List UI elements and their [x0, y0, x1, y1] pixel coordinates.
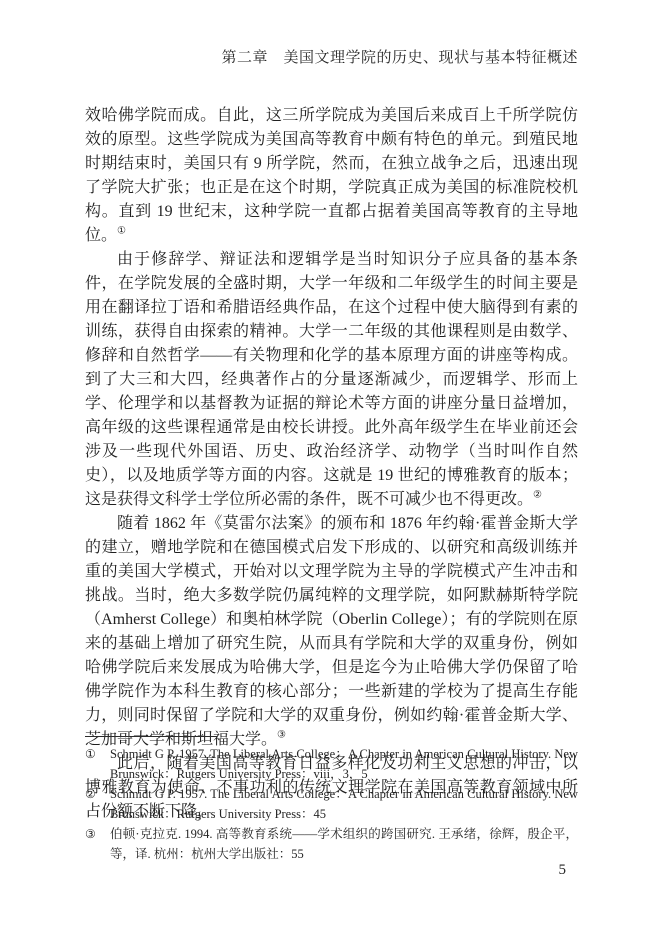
footnote-item: ③ 伯顿·克拉克. 1994. 高等教育系统——学术组织的跨国研究. 王承绪，徐…	[85, 824, 578, 864]
footnote-text: Schmidt G P. 1957. The Liberal Arts Coll…	[110, 744, 578, 784]
footnote-item: ② Schmidt G P. 1957. The Liberal Arts Co…	[85, 784, 578, 824]
running-header-chapter-title: 第二章 美国文理学院的历史、现状与基本特征概述	[85, 48, 578, 68]
paragraph-text: 由于修辞学、辩证法和逻辑学是当时知识分子应具备的基本条件，在学院发展的全盛时期，…	[85, 251, 578, 508]
footnote-item: ① Schmidt G P. 1957. The Liberal Arts Co…	[85, 744, 578, 784]
footnote-text: Schmidt G P. 1957. The Liberal Arts Coll…	[110, 784, 578, 824]
footnote-ref-2: ②	[533, 490, 542, 501]
footnote-text: 伯顿·克拉克. 1994. 高等教育系统——学术组织的跨国研究. 王承绪，徐辉，…	[110, 824, 578, 864]
document-page: 第二章 美国文理学院的历史、现状与基本特征概述 效哈佛学院而成。自此，这三所学院…	[0, 0, 661, 925]
paragraph-text: 随着 1862 年《莫雷尔法案》的颁布和 1876 年约翰·霍普金斯大学的建立，…	[85, 515, 578, 748]
footnote-ref-3: ③	[277, 730, 286, 741]
body-paragraph: 效哈佛学院而成。自此，这三所学院成为美国后来成百上千所学院仿效的原型。这些学院成…	[85, 104, 578, 248]
page-number: 5	[559, 860, 567, 880]
footnote-marker: ③	[85, 824, 110, 844]
footnote-ref-1: ①	[117, 226, 126, 237]
body-text-block: 效哈佛学院而成。自此，这三所学院成为美国后来成百上千所学院仿效的原型。这些学院成…	[85, 104, 578, 824]
footnotes-block: ① Schmidt G P. 1957. The Liberal Arts Co…	[85, 744, 578, 864]
footnote-marker: ②	[85, 784, 110, 804]
body-paragraph: 由于修辞学、辩证法和逻辑学是当时知识分子应具备的基本条件，在学院发展的全盛时期，…	[85, 248, 578, 512]
footnote-marker: ①	[85, 744, 110, 764]
paragraph-text: 效哈佛学院而成。自此，这三所学院成为美国后来成百上千所学院仿效的原型。这些学院成…	[85, 107, 578, 244]
body-paragraph: 随着 1862 年《莫雷尔法案》的颁布和 1876 年约翰·霍普金斯大学的建立，…	[85, 512, 578, 752]
footnote-separator	[85, 736, 217, 737]
